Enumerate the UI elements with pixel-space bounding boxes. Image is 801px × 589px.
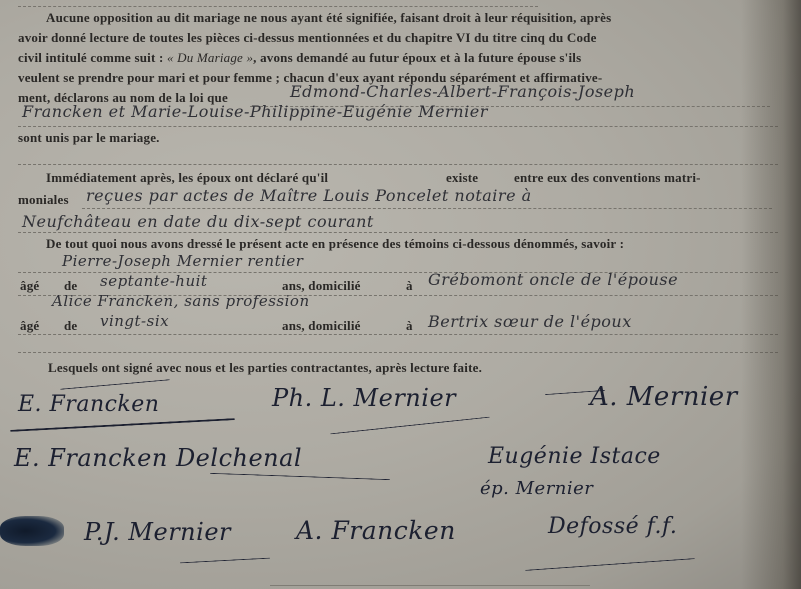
signature-ph-l-mernier: Ph. L. Mernier: [272, 384, 456, 412]
text-fragment: , avons demandé au futur époux et à la f…: [253, 50, 581, 65]
a-label: à: [406, 278, 413, 294]
text-line: Immédiatement après, les époux ont décla…: [46, 170, 328, 186]
witness-1-age: septante-huit: [100, 272, 207, 290]
signature-flourish: [180, 558, 270, 564]
signature-a-francken: A. Francken: [296, 516, 456, 545]
section-divider: [18, 164, 778, 165]
a-label: à: [406, 318, 413, 334]
de-label: de: [64, 318, 77, 334]
text-line: entre eux des conventions matri-: [514, 170, 701, 186]
text-line: civil intitulé comme suit : « Du Mariage…: [18, 50, 581, 66]
fill-line: [18, 334, 778, 335]
fill-line: [18, 232, 778, 233]
chapter-title: « Du Mariage »: [167, 50, 253, 65]
marriage-record-page: Aucune opposition au dit mariage ne nous…: [0, 0, 801, 589]
domicile-label: ans, domicilié: [282, 318, 361, 334]
signature-pj-mernier: P.J. Mernier: [84, 518, 231, 546]
text-line: Aucune opposition au dit mariage ne nous…: [46, 10, 611, 26]
signature-flourish: [10, 418, 235, 432]
signature-flourish: [60, 379, 170, 390]
text-line: Lesquels ont signé avec nous et les part…: [48, 360, 482, 376]
signature-flourish: [525, 558, 695, 571]
signature-francken-delchenal: E. Francken Delchenal: [14, 444, 302, 472]
text-line: moniales: [18, 192, 69, 208]
signature-defosse: Defossé f.f.: [548, 514, 677, 539]
contract-details: reçues par actes de Maître Louis Poncele…: [86, 186, 532, 205]
signature-a-mernier: A. Mernier: [590, 382, 738, 412]
witness-2-name: Alice Francken, sans profession: [52, 292, 310, 310]
rule-top: [18, 6, 538, 7]
groom-surname-bride-names: Francken et Marie-Louise-Philippine-Eugé…: [22, 102, 488, 121]
witness-1-name: Pierre-Joseph Mernier rentier: [62, 252, 303, 270]
fill-line: [18, 126, 778, 127]
groom-given-names: Edmond-Charles-Albert-François-Joseph: [290, 82, 635, 101]
age-label: âgé: [20, 278, 39, 294]
bottom-rule: [270, 585, 590, 586]
page-edge-shadow: [741, 0, 801, 589]
signature-flourish: [210, 473, 390, 480]
signature-e-francken: E. Francken: [18, 392, 159, 417]
age-label: âgé: [20, 318, 39, 334]
text-line: De tout quoi nous avons dressé le présen…: [46, 236, 624, 252]
text-fragment: civil intitulé comme suit :: [18, 50, 164, 65]
witness-1-domicile: Grébomont oncle de l'épouse: [428, 270, 678, 289]
signature-flourish: [330, 417, 489, 435]
section-divider: [18, 352, 778, 353]
text-line: sont unis par le mariage.: [18, 130, 160, 146]
fill-line: [82, 208, 772, 209]
contract-date: Neufchâteau en date du dix-sept courant: [22, 212, 374, 231]
text-line: avoir donné lecture de toutes les pièces…: [18, 30, 597, 46]
signature-ep-mernier: ép. Mernier: [480, 478, 593, 499]
convention-existence: existe: [446, 170, 478, 186]
witness-2-age: vingt-six: [100, 312, 169, 330]
ink-blot: [0, 516, 64, 546]
signature-eugenie-istace: Eugénie Istace: [488, 444, 661, 469]
witness-2-domicile: Bertrix sœur de l'époux: [428, 312, 632, 331]
